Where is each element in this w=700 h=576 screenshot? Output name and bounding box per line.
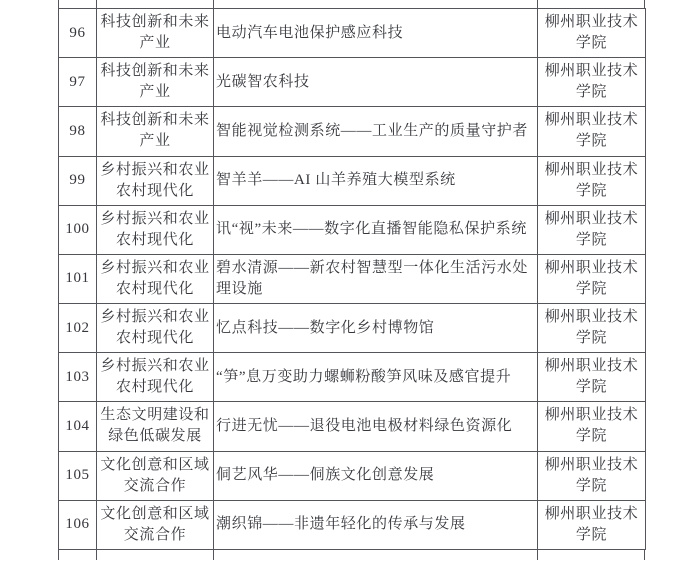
project-cell: 智能视觉检测系统——工业生产的质量守护者 — [214, 107, 538, 156]
institution-cell: 柳州职业技术 学院 — [538, 500, 646, 549]
row-number-cell: 106 — [59, 500, 97, 549]
table-continuation-line — [213, 0, 214, 8]
table-continuation-line — [644, 550, 645, 560]
table-continuation-line — [644, 0, 645, 8]
institution-cell: 柳州职业技术 学院 — [538, 353, 646, 402]
project-cell: 侗艺风华——侗族文化创意发展 — [214, 451, 538, 500]
project-cell: 潮织锦——非遗年轻化的传承与发展 — [214, 500, 538, 549]
institution-cell: 柳州职业技术 学院 — [538, 254, 646, 303]
table-continuation-line — [58, 550, 59, 560]
project-cell: 讯“视”未来——数字化直播智能隐私保护系统 — [214, 205, 538, 254]
row-number-cell: 101 — [59, 254, 97, 303]
table-continuation-line — [96, 550, 97, 560]
row-number-cell: 100 — [59, 205, 97, 254]
row-number-cell: 97 — [59, 58, 97, 107]
category-cell: 乡村振兴和农业 农村现代化 — [97, 205, 214, 254]
category-cell: 科技创新和未来 产业 — [97, 9, 214, 58]
category-cell: 文化创意和区域 交流合作 — [97, 451, 214, 500]
project-cell: “笋”息万变助力螺蛳粉酸笋风味及感官提升 — [214, 353, 538, 402]
category-cell: 文化创意和区域 交流合作 — [97, 500, 214, 549]
project-cell: 行进无忧——退役电池电极材料绿色资源化 — [214, 402, 538, 451]
institution-cell: 柳州职业技术 学院 — [538, 9, 646, 58]
category-cell: 科技创新和未来 产业 — [97, 107, 214, 156]
institution-cell: 柳州职业技术 学院 — [538, 107, 646, 156]
category-cell: 乡村振兴和农业 农村现代化 — [97, 254, 214, 303]
table-row: 97 科技创新和未来 产业 光碳智农科技 柳州职业技术 学院 — [59, 58, 646, 107]
row-number-cell: 96 — [59, 9, 97, 58]
table-row: 98 科技创新和未来 产业 智能视觉检测系统——工业生产的质量守护者 柳州职业技… — [59, 107, 646, 156]
table-row: 101 乡村振兴和农业 农村现代化 碧水清源——新农村智慧型一体化生活污水处 理… — [59, 254, 646, 303]
project-cell: 智羊羊——AI 山羊养殖大模型系统 — [214, 156, 538, 205]
project-cell: 光碳智农科技 — [214, 58, 538, 107]
institution-cell: 柳州职业技术 学院 — [538, 451, 646, 500]
table-row: 102 乡村振兴和农业 农村现代化 忆点科技——数字化乡村博物馆 柳州职业技术 … — [59, 304, 646, 353]
table-continuation-line — [58, 0, 59, 8]
category-cell: 乡村振兴和农业 农村现代化 — [97, 353, 214, 402]
category-cell: 乡村振兴和农业 农村现代化 — [97, 304, 214, 353]
project-cell: 电动汽车电池保护感应科技 — [214, 9, 538, 58]
table-row: 100 乡村振兴和农业 农村现代化 讯“视”未来——数字化直播智能隐私保护系统 … — [59, 205, 646, 254]
project-cell: 忆点科技——数字化乡村博物馆 — [214, 304, 538, 353]
institution-cell: 柳州职业技术 学院 — [538, 402, 646, 451]
table-continuation-line — [96, 0, 97, 8]
row-number-cell: 99 — [59, 156, 97, 205]
table-row: 106 文化创意和区域 交流合作 潮织锦——非遗年轻化的传承与发展 柳州职业技术… — [59, 500, 646, 549]
table-row: 99 乡村振兴和农业 农村现代化 智羊羊——AI 山羊养殖大模型系统 柳州职业技… — [59, 156, 646, 205]
row-number-cell: 102 — [59, 304, 97, 353]
row-number-cell: 103 — [59, 353, 97, 402]
institution-cell: 柳州职业技术 学院 — [538, 205, 646, 254]
category-cell: 乡村振兴和农业 农村现代化 — [97, 156, 214, 205]
table-continuation-line — [213, 550, 214, 560]
row-number-cell: 105 — [59, 451, 97, 500]
table-row: 103 乡村振兴和农业 农村现代化 “笋”息万变助力螺蛳粉酸笋风味及感官提升 柳… — [59, 353, 646, 402]
category-cell: 科技创新和未来 产业 — [97, 58, 214, 107]
institution-cell: 柳州职业技术 学院 — [538, 58, 646, 107]
institution-cell: 柳州职业技术 学院 — [538, 304, 646, 353]
category-cell: 生态文明建设和 绿色低碳发展 — [97, 402, 214, 451]
institution-cell: 柳州职业技术 学院 — [538, 156, 646, 205]
table-continuation-line — [537, 0, 538, 8]
project-cell: 碧水清源——新农村智慧型一体化生活污水处 理设施 — [214, 254, 538, 303]
projects-table: 96 科技创新和未来 产业 电动汽车电池保护感应科技 柳州职业技术 学院 97 … — [58, 8, 646, 550]
row-number-cell: 98 — [59, 107, 97, 156]
table-row: 105 文化创意和区域 交流合作 侗艺风华——侗族文化创意发展 柳州职业技术 学… — [59, 451, 646, 500]
row-number-cell: 104 — [59, 402, 97, 451]
document-page: 96 科技创新和未来 产业 电动汽车电池保护感应科技 柳州职业技术 学院 97 … — [0, 0, 700, 576]
table-row: 96 科技创新和未来 产业 电动汽车电池保护感应科技 柳州职业技术 学院 — [59, 9, 646, 58]
table-continuation-line — [537, 550, 538, 560]
table-row: 104 生态文明建设和 绿色低碳发展 行进无忧——退役电池电极材料绿色资源化 柳… — [59, 402, 646, 451]
